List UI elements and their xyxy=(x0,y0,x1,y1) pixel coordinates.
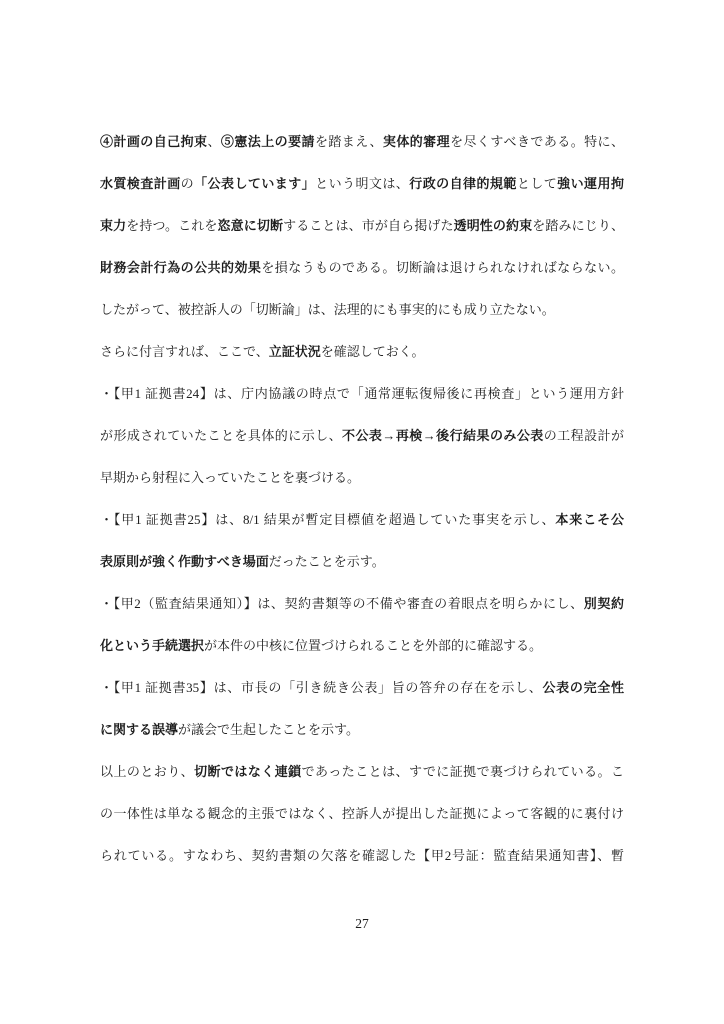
document-body: ④計画の自己拘束、⑤憲法上の要請を踏まえ、実体的審理を尽くすべきである。特に、水… xyxy=(100,121,624,877)
body-text: を踏みにじり、 xyxy=(532,218,624,233)
body-text: として xyxy=(517,176,557,191)
document-page: ④計画の自己拘束、⑤憲法上の要請を踏まえ、実体的審理を尽くすべきである。特に、水… xyxy=(0,0,724,1024)
body-text: 以上のとおり、 xyxy=(100,764,194,779)
emphasis-text: ⑤憲法上の要請 xyxy=(221,134,315,149)
body-text: が形成されていたことを具体的に示し、 xyxy=(100,428,342,443)
text-line: 束力を持つ。これを恣意に切断することは、市が自ら掲げた透明性の約束を踏みにじり、 xyxy=(100,205,624,247)
emphasis-text: 水質検査計画 xyxy=(100,176,181,191)
emphasis-text: 不公表→再検→後行結果のみ公表 xyxy=(342,428,544,443)
body-text: が議会で生起したことを示す。 xyxy=(178,722,359,737)
text-line: られている。すなわち、契約書類の欠落を確認した【甲2号証：監査結果通知書】、暫 xyxy=(100,835,624,877)
text-line: の一体性は単なる観念的主張ではなく、控訴人が提出した証拠によって客観的に裏付け xyxy=(100,793,624,835)
emphasis-text: 切断ではなく連鎖 xyxy=(194,764,302,779)
text-line: ・【甲1 証拠書25】は、8/1 結果が暫定目標値を超過していた事実を示し、本来… xyxy=(100,499,624,541)
emphasis-text: 強い運用拘 xyxy=(557,176,624,191)
emphasis-text: ④計画の自己拘束 xyxy=(100,134,207,149)
body-text: ・【甲1 証拠書24】は、庁内協議の時点で「通常運転復帰後に再検査」という運用方… xyxy=(100,386,624,401)
body-text: の一体性は単なる観念的主張ではなく、控訴人が提出した証拠によって客観的に裏付け xyxy=(100,806,624,821)
emphasis-text: 財務会計行為の公共的効果 xyxy=(100,260,261,275)
text-line: 財務会計行為の公共的効果を損なうものである。切断論は退けられなければならない。 xyxy=(100,247,624,289)
body-text: の工程設計が xyxy=(544,428,624,443)
body-text: ・【甲1 証拠書35】は、市長の「引き続き公表」旨の答弁の存在を示し、 xyxy=(100,680,542,695)
body-text: が本件の中核に位置づけられることを外部的に確認する。 xyxy=(204,638,542,653)
text-line: したがって、被控訴人の「切断論」は、法理的にも事実的にも成り立たない。 xyxy=(100,289,624,331)
body-text: を確認しておく。 xyxy=(321,344,425,359)
text-line: に関する誤導が議会で生起したことを示す。 xyxy=(100,709,624,751)
text-line: さらに付言すれば、ここで、立証状況を確認しておく。 xyxy=(100,331,624,373)
text-line: 以上のとおり、切断ではなく連鎖であったことは、すでに証拠で裏づけられている。こ xyxy=(100,751,624,793)
text-line: 水質検査計画の「公表しています」という明文は、行政の自律的規範として強い運用拘 xyxy=(100,163,624,205)
emphasis-text: 化という手続選択 xyxy=(100,638,204,653)
body-text: したがって、被控訴人の「切断論」は、法理的にも事実的にも成り立たない。 xyxy=(100,302,555,317)
text-line: が形成されていたことを具体的に示し、不公表→再検→後行結果のみ公表の工程設計が xyxy=(100,415,624,457)
emphasis-text: 実体的審理 xyxy=(383,134,450,149)
text-line: ④計画の自己拘束、⑤憲法上の要請を踏まえ、実体的審理を尽くすべきである。特に、 xyxy=(100,121,624,163)
emphasis-text: 本来こそ公 xyxy=(555,512,624,527)
text-line: ・【甲1 証拠書35】は、市長の「引き続き公表」旨の答弁の存在を示し、公表の完全… xyxy=(100,667,624,709)
body-text: という明文は、 xyxy=(315,176,409,191)
emphasis-text: 表原則が強く作動すべき場面 xyxy=(100,554,269,569)
body-text: ・【甲2（監査結果通知）】は、契約書類等の不備や審査の着眼点を明らかにし、 xyxy=(100,596,584,611)
emphasis-text: 公表の完全性 xyxy=(542,680,624,695)
emphasis-text: に関する誤導 xyxy=(100,722,178,737)
body-text: 、 xyxy=(207,134,220,149)
body-text: の xyxy=(181,176,194,191)
body-text: であったことは、すでに証拠で裏づけられている。こ xyxy=(302,764,624,779)
emphasis-text: 透明性の約束 xyxy=(454,218,533,233)
body-text: さらに付言すれば、ここで、 xyxy=(100,344,269,359)
emphasis-text: 恣意に切断 xyxy=(218,218,284,233)
emphasis-text: 別契約 xyxy=(584,596,624,611)
body-text: を踏まえ、 xyxy=(315,134,383,149)
text-line: ・【甲2（監査結果通知）】は、契約書類等の不備や審査の着眼点を明らかにし、別契約 xyxy=(100,583,624,625)
body-text: することは、市が自ら掲げた xyxy=(283,218,453,233)
body-text: ・【甲1 証拠書25】は、8/1 結果が暫定目標値を超過していた事実を示し、 xyxy=(100,512,555,527)
text-line: 表原則が強く作動すべき場面だったことを示す。 xyxy=(100,541,624,583)
emphasis-text: 行政の自律的規範 xyxy=(409,176,517,191)
body-text: を損なうものである。切断論は退けられなければならない。 xyxy=(261,260,624,275)
emphasis-text: 立証状況 xyxy=(269,344,321,359)
text-line: 早期から射程に入っていたことを裏づける。 xyxy=(100,457,624,499)
emphasis-text: 束力 xyxy=(100,218,126,233)
body-text: だったことを示す。 xyxy=(269,554,385,569)
body-text: られている。すなわち、契約書類の欠落を確認した【甲2号証：監査結果通知書】、暫 xyxy=(100,848,624,863)
body-text: を持つ。これを xyxy=(126,218,217,233)
emphasis-text: 「公表しています」 xyxy=(194,176,315,191)
body-text: 早期から射程に入っていたことを裏づける。 xyxy=(100,470,360,485)
text-line: 化という手続選択が本件の中核に位置づけられることを外部的に確認する。 xyxy=(100,625,624,667)
text-line: ・【甲1 証拠書24】は、庁内協議の時点で「通常運転復帰後に再検査」という運用方… xyxy=(100,373,624,415)
page-number: 27 xyxy=(0,914,724,934)
body-text: を尽くすべきである。特に、 xyxy=(450,134,624,149)
